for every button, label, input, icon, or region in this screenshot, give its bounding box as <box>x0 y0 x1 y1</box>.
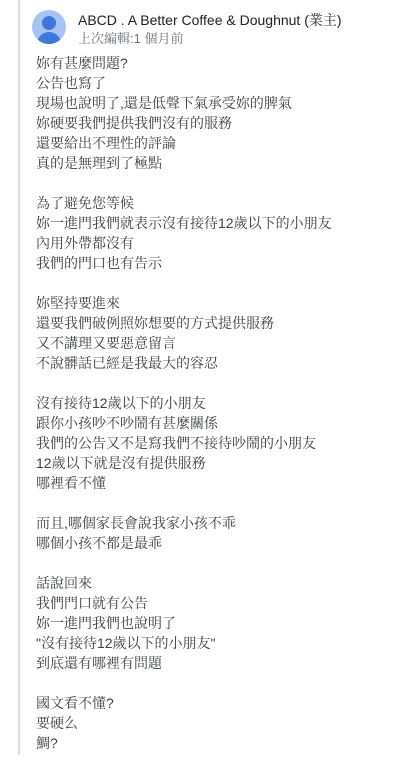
reply-header: ABCD . A Better Coffee & Doughnut (業主) 上… <box>32 10 342 48</box>
text-line: 哪個小孩不都是最乖 <box>36 533 386 553</box>
text-line: 不說髒話已經是我最大的容忍 <box>36 353 386 373</box>
text-line: 妳有甚麼問題? <box>36 53 386 73</box>
text-line: 還要我們破例照妳想要的方式提供服務 <box>36 313 386 333</box>
person-icon-body <box>37 32 61 44</box>
text-line: 跟你小孩吵不吵鬧有甚麼關係 <box>36 413 386 433</box>
text-line: 妳一進門我們就表示沒有接待12歲以下的小朋友 <box>36 213 386 233</box>
owner-avatar <box>32 10 66 44</box>
text-line: "沒有接待12歲以下的小朋友" <box>36 633 386 653</box>
text-line: 公告也寫了 <box>36 73 386 93</box>
text-line: 鯛? <box>36 733 386 753</box>
owner-name: ABCD . A Better Coffee & Doughnut (業主) <box>78 11 342 29</box>
text-line: 真的是無理到了極點 <box>36 153 386 173</box>
text-line: 12歲以下就是沒有提供服務 <box>36 453 386 473</box>
text-line: 哪裡看不懂 <box>36 473 386 493</box>
paragraph: 話說回來我們門口就有公告妳一進門我們也說明了"沒有接待12歲以下的小朋友"到底還… <box>36 573 386 673</box>
thread-indicator-line <box>18 0 20 755</box>
person-icon <box>42 16 56 30</box>
owner-reply-panel: ABCD . A Better Coffee & Doughnut (業主) 上… <box>0 0 403 766</box>
text-line: 話說回來 <box>36 573 386 593</box>
text-line: 國文看不懂? <box>36 693 386 713</box>
text-line: 還要給出不理性的評論 <box>36 133 386 153</box>
text-line: 現場也說明了,還是低聲下氣承受妳的脾氣 <box>36 93 386 113</box>
text-line: 為了避免您等候 <box>36 193 386 213</box>
text-line: 而且,哪個家長會說我家小孩不乖 <box>36 513 386 533</box>
paragraph: 而且,哪個家長會說我家小孩不乖哪個小孩不都是最乖 <box>36 513 386 553</box>
reply-body: 妳有甚麼問題?公告也寫了現場也說明了,還是低聲下氣承受妳的脾氣妳硬要我們提供我們… <box>36 53 386 753</box>
reply-header-text: ABCD . A Better Coffee & Doughnut (業主) 上… <box>78 10 342 48</box>
text-line: 又不講理又要惡意留言 <box>36 333 386 353</box>
last-edited-label: 上次編輯:1 個月前 <box>78 30 342 48</box>
paragraph: 沒有接待12歲以下的小朋友跟你小孩吵不吵鬧有甚麼關係我們的公告又不是寫我們不接待… <box>36 393 386 493</box>
text-line: 內用外帶都沒有 <box>36 233 386 253</box>
text-line: 到底還有哪裡有問題 <box>36 653 386 673</box>
text-line: 妳堅持要進來 <box>36 293 386 313</box>
text-line: 妳硬要我們提供我們沒有的服務 <box>36 113 386 133</box>
paragraph: 國文看不懂?要硬么鯛? <box>36 693 386 753</box>
paragraph: 妳堅持要進來還要我們破例照妳想要的方式提供服務又不講理又要惡意留言不說髒話已經是… <box>36 293 386 373</box>
text-line: 妳一進門我們也說明了 <box>36 613 386 633</box>
text-line: 我們的門口也有告示 <box>36 253 386 273</box>
paragraph: 為了避免您等候妳一進門我們就表示沒有接待12歲以下的小朋友內用外帶都沒有我們的門… <box>36 193 386 273</box>
text-line: 我們的公告又不是寫我們不接待吵鬧的小朋友 <box>36 433 386 453</box>
text-line: 我們門口就有公告 <box>36 593 386 613</box>
paragraph: 妳有甚麼問題?公告也寫了現場也說明了,還是低聲下氣承受妳的脾氣妳硬要我們提供我們… <box>36 53 386 173</box>
text-line: 沒有接待12歲以下的小朋友 <box>36 393 386 413</box>
text-line: 要硬么 <box>36 713 386 733</box>
